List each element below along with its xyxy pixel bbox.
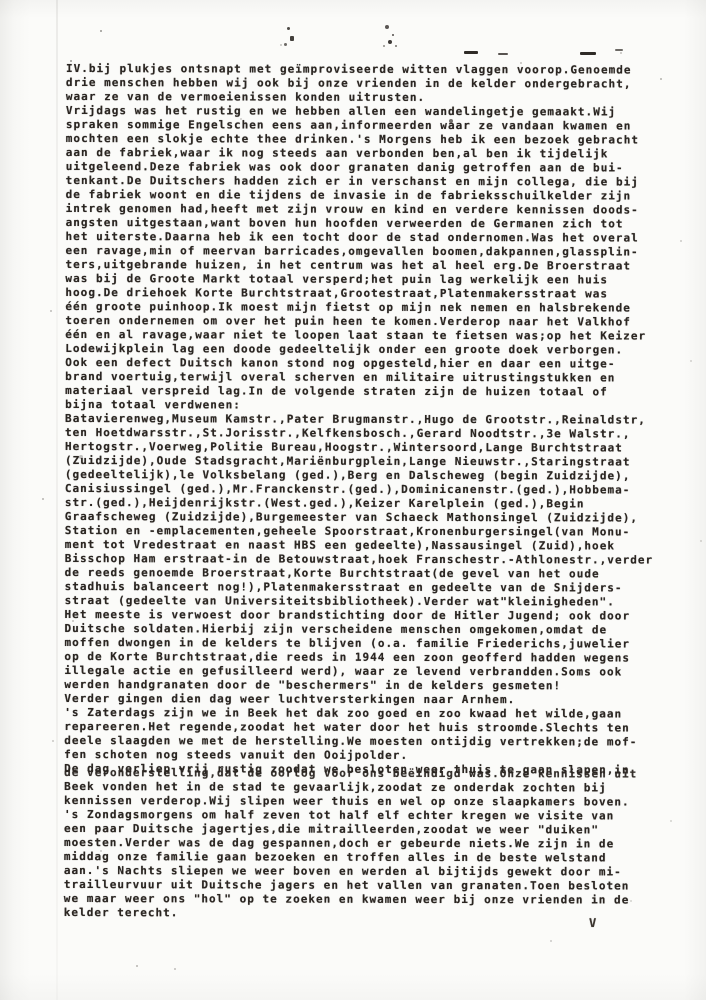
- text-line: kelder terecht.: [64, 906, 678, 922]
- scan-mark: [287, 27, 290, 30]
- typewritten-text-block: IV.bij plukjes ontsnapt met geïmprovisee…: [64, 62, 680, 922]
- page-number-mark: V: [589, 916, 596, 930]
- text-line: de veronderstelling,dat de oorlog voor o…: [64, 766, 678, 782]
- scan-speckle-cluster-top: [100, 30, 102, 32]
- scan-fold-line: [56, 0, 58, 1000]
- scan-mark: [464, 51, 478, 54]
- scan-mark: [615, 49, 623, 51]
- scan-mark: [284, 43, 287, 46]
- scan-mark: [580, 52, 596, 55]
- scan-mark: [498, 53, 508, 55]
- scan-mark: [290, 36, 294, 41]
